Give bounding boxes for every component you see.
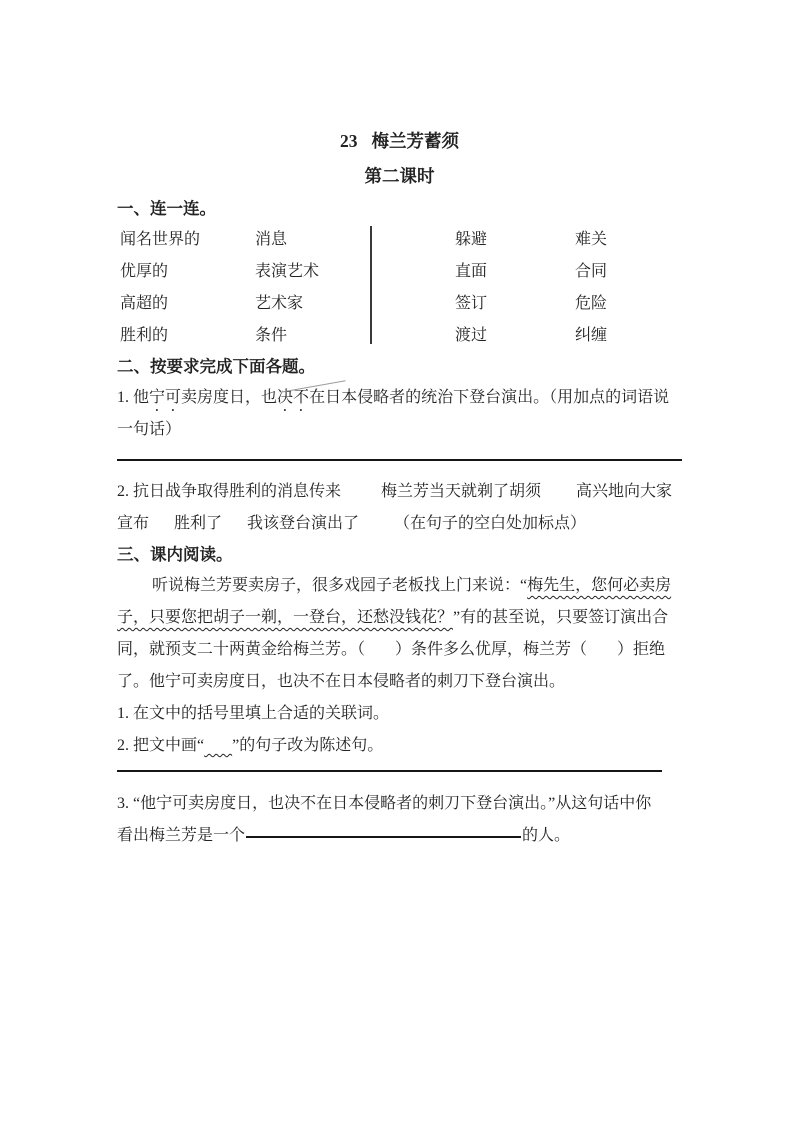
match-right-noun: 合同 — [575, 256, 607, 288]
match-right-noun: 难关 — [575, 224, 607, 256]
match-left-noun: 艺术家 — [255, 288, 303, 320]
passage-line2: 子，只要您把胡子一剃，一登台，还愁没钱花？”有的甚至说，只要签订演出合 — [117, 602, 682, 634]
section3-q3-line1: 3. “他宁可卖房度日，也决不在日本侵略者的刺刀下登台演出。”从这句话中你 — [117, 788, 682, 820]
match-left-adj: 高超的 — [120, 288, 168, 320]
match-row: 优厚的 表演艺术 直面 合同 — [117, 256, 682, 288]
section3-q2: 2. 把文中画“ ”的句子改为陈述句。 — [117, 730, 682, 762]
q1-text: 在日本侵略者的统治下登台演出。（用加点的词语说 — [309, 389, 669, 406]
worksheet-content: 23梅兰芳蓄须 第二课时 一、连一连。 闻名世界的 消息 躲避 难关 优厚的 表… — [117, 124, 682, 852]
q2-text: ”的句子改为陈述句。 — [232, 737, 383, 754]
q2-text: 高兴地向大家 — [576, 483, 672, 500]
passage-line3: 同，就预支二十两黄金给梅兰芳。（）条件多么优厚，梅兰芳（）拒绝 — [117, 634, 682, 666]
match-right-noun: 危险 — [575, 288, 607, 320]
match-row: 高超的 艺术家 签订 危险 — [117, 288, 682, 320]
wavy-underlined-text: 子，只要您把胡子一剃，一登台，还愁没钱花？ — [117, 609, 453, 626]
match-right-verb: 签订 — [455, 288, 487, 320]
match-left-noun: 表演艺术 — [255, 256, 319, 288]
section3-heading: 三、课内阅读。 — [117, 540, 682, 570]
q2-text: 宣布 — [117, 515, 149, 532]
emphasized-word: 宁可 — [149, 389, 181, 406]
section2-q1-line2: 一句话） — [117, 414, 682, 446]
q2-text: （在句子的空白处加标点） — [394, 515, 586, 532]
doc-title: 23梅兰芳蓄须 — [117, 124, 682, 159]
section2-heading: 二、按要求完成下面各题。 — [117, 352, 682, 382]
wavy-line-symbol — [204, 737, 232, 754]
match-right-noun: 纠缠 — [575, 320, 607, 352]
match-left-adj: 胜利的 — [120, 320, 168, 352]
q2-text: 我该登台演出了 — [247, 515, 359, 532]
q3-text: 看出梅兰芳是一个 — [117, 827, 245, 844]
wavy-underlined-text: 梅先生，您何必卖房 — [527, 577, 671, 594]
q2-text: 胜利了 — [174, 515, 222, 532]
match-left-adj: 优厚的 — [120, 256, 168, 288]
passage-text: 同，就预支二十两黄金给梅兰芳。（ — [117, 641, 365, 658]
match-row: 闻名世界的 消息 躲避 难关 — [117, 224, 682, 256]
match-right-verb: 直面 — [455, 256, 487, 288]
match-right-verb: 渡过 — [455, 320, 487, 352]
q2-text: 2. 把文中画“ — [117, 737, 204, 754]
section2-q1-line1: 1. 他宁可卖房度日，也决不在日本侵略者的统治下登台演出。（用加点的词语说 — [117, 382, 682, 414]
fill-in-blank-line — [246, 834, 521, 838]
passage-text: ）拒绝 — [617, 641, 665, 658]
section2-q2-line2: 宣布胜利了我该登台演出了（在句子的空白处加标点） — [117, 508, 682, 540]
passage-line1: 听说梅兰芳要卖房子，很多戏园子老板找上门来说：“梅先生，您何必卖房 — [117, 570, 682, 602]
passage-text: ”有的甚至说，只要签订演出合 — [453, 609, 668, 626]
section3-q3-line2: 看出梅兰芳是一个的人。 — [117, 820, 682, 852]
doc-subtitle: 第二课时 — [117, 159, 682, 194]
worksheet-page: 23梅兰芳蓄须 第二课时 一、连一连。 闻名世界的 消息 躲避 难关 优厚的 表… — [0, 0, 793, 1122]
answer-rule-line — [117, 770, 662, 772]
matching-exercise: 闻名世界的 消息 躲避 难关 优厚的 表演艺术 直面 合同 高超的 艺术家 签订… — [117, 224, 682, 352]
match-left-noun: 消息 — [255, 224, 287, 256]
match-left-noun: 条件 — [255, 320, 287, 352]
passage-text: ）条件多么优厚，梅兰芳（ — [395, 641, 587, 658]
passage-line4: 了。他宁可卖房度日，也决不在日本侵略者的刺刀下登台演出。 — [117, 666, 682, 698]
section1-heading: 一、连一连。 — [117, 194, 682, 224]
q3-text: 的人。 — [522, 827, 570, 844]
q2-text: 梅兰芳当天就剃了胡须 — [381, 483, 541, 500]
match-left-adj: 闻名世界的 — [120, 224, 200, 256]
section3-q1: 1. 在文中的括号里填上合适的关联词。 — [117, 698, 682, 730]
match-right-verb: 躲避 — [455, 224, 487, 256]
q1-text: 1. 他 — [117, 389, 149, 406]
match-row: 胜利的 条件 渡过 纠缠 — [117, 320, 682, 352]
q1-text: 卖房度日，也 — [181, 389, 277, 406]
lesson-number: 23 — [340, 131, 358, 151]
answer-rule-line — [117, 459, 682, 461]
section2-q2-line1: 2. 抗日战争取得胜利的消息传来梅兰芳当天就剃了胡须高兴地向大家 — [117, 476, 682, 508]
passage-text: 听说梅兰芳要卖房子，很多戏园子老板找上门来说：“ — [152, 577, 527, 594]
lesson-title: 梅兰芳蓄须 — [372, 131, 460, 151]
q2-text: 2. 抗日战争取得胜利的消息传来 — [117, 483, 341, 500]
